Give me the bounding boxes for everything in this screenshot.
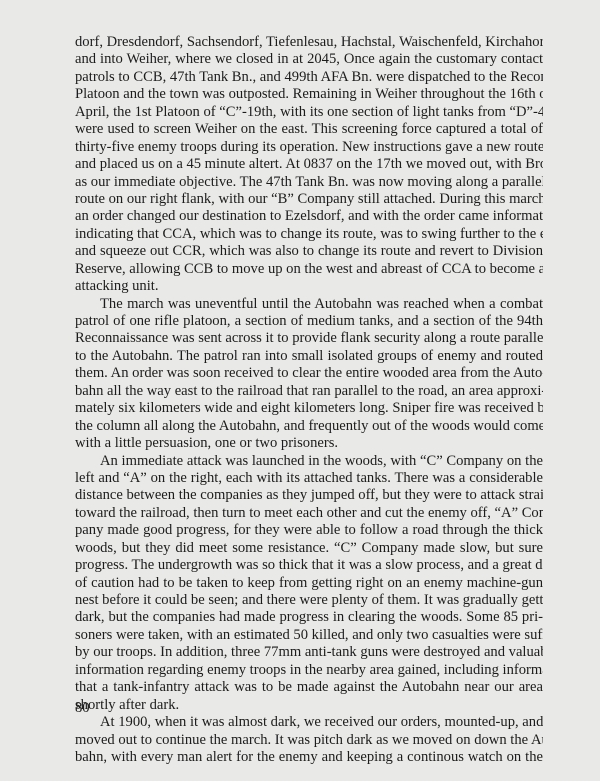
text-line: April, the 1st Platoon of “C”-19th, with…	[75, 104, 543, 121]
text-line: as our immediate objective. The 47th Tan…	[75, 174, 543, 191]
text-line: pany made good progress, for they were a…	[75, 522, 543, 539]
text-line: an order changed our destination to Ezel…	[75, 208, 543, 225]
text-line: Platoon and the town was outposted. Rema…	[75, 86, 543, 103]
text-line: moved out to continue the march. It was …	[75, 732, 543, 749]
text-line: shortly after dark.	[75, 697, 543, 714]
text-line: indicating that CCA, which was to change…	[75, 226, 543, 243]
text-line: patrols to CCB, 47th Tank Bn., and 499th…	[75, 69, 543, 86]
text-line: The march was uneventful until the Autob…	[75, 296, 543, 313]
text-line: toward the railroad, then turn to meet e…	[75, 505, 543, 522]
text-line: dark, but the companies had made progres…	[75, 609, 543, 626]
text-line: by our troops. In addition, three 77mm a…	[75, 644, 543, 661]
text-line: nest before it could be seen; and there …	[75, 592, 543, 609]
text-line: with a little persuasion, one or two pri…	[75, 435, 543, 452]
text-line: bahn all the way east to the railroad th…	[75, 383, 543, 400]
paragraph: At 1900, when it was almost dark, we rec…	[75, 714, 543, 766]
text-line: Reconnaissance was sent across it to pro…	[75, 330, 543, 347]
text-line: and squeeze out CCR, which was also to c…	[75, 243, 543, 260]
text-line: route on our right flank, with our “B” C…	[75, 191, 543, 208]
text-line: progress. The undergrowth was so thick t…	[75, 557, 543, 574]
text-line: the column all along the Autobahn, and f…	[75, 418, 543, 435]
text-line: to the Autobahn. The patrol ran into sma…	[75, 348, 543, 365]
text-line: left and “A” on the right, each with its…	[75, 470, 543, 487]
text-line: Reserve, allowing CCB to move up on the …	[75, 261, 543, 278]
text-line: of caution had to be taken to keep from …	[75, 575, 543, 592]
text-line: patrol of one rifle platoon, a section o…	[75, 313, 543, 330]
book-page: dorf, Dresdendorf, Sachsendorf, Tiefenle…	[0, 0, 600, 781]
text-line: dorf, Dresdendorf, Sachsendorf, Tiefenle…	[75, 34, 543, 51]
text-line: and placed us on a 45 minute altert. At …	[75, 156, 543, 173]
text-line: woods, but they did meet some resistance…	[75, 540, 543, 557]
paragraph: The march was uneventful until the Autob…	[75, 296, 543, 453]
page-number: 80	[75, 700, 90, 717]
text-line: them. An order was soon received to clea…	[75, 365, 543, 382]
text-line: At 1900, when it was almost dark, we rec…	[75, 714, 543, 731]
text-line: attacking unit.	[75, 278, 543, 295]
text-line: An immediate attack was launched in the …	[75, 453, 543, 470]
text-line: were used to screen Weiher on the east. …	[75, 121, 543, 138]
text-line: and into Weiher, where we closed in at 2…	[75, 51, 543, 68]
paragraph: An immediate attack was launched in the …	[75, 453, 543, 715]
text-line: distance between the companies as they j…	[75, 487, 543, 504]
text-line: information regarding enemy troops in th…	[75, 662, 543, 679]
paragraph: dorf, Dresdendorf, Sachsendorf, Tiefenle…	[75, 34, 543, 296]
body-text: dorf, Dresdendorf, Sachsendorf, Tiefenle…	[75, 34, 543, 766]
text-line: bahn, with every man alert for the enemy…	[75, 749, 543, 766]
text-line: soners were taken, with an estimated 50 …	[75, 627, 543, 644]
text-line: mately six kilometers wide and eight kil…	[75, 400, 543, 417]
text-line: thirty-five enemy troops during its oper…	[75, 139, 543, 156]
text-line: that a tank-infantry attack was to be ma…	[75, 679, 543, 696]
